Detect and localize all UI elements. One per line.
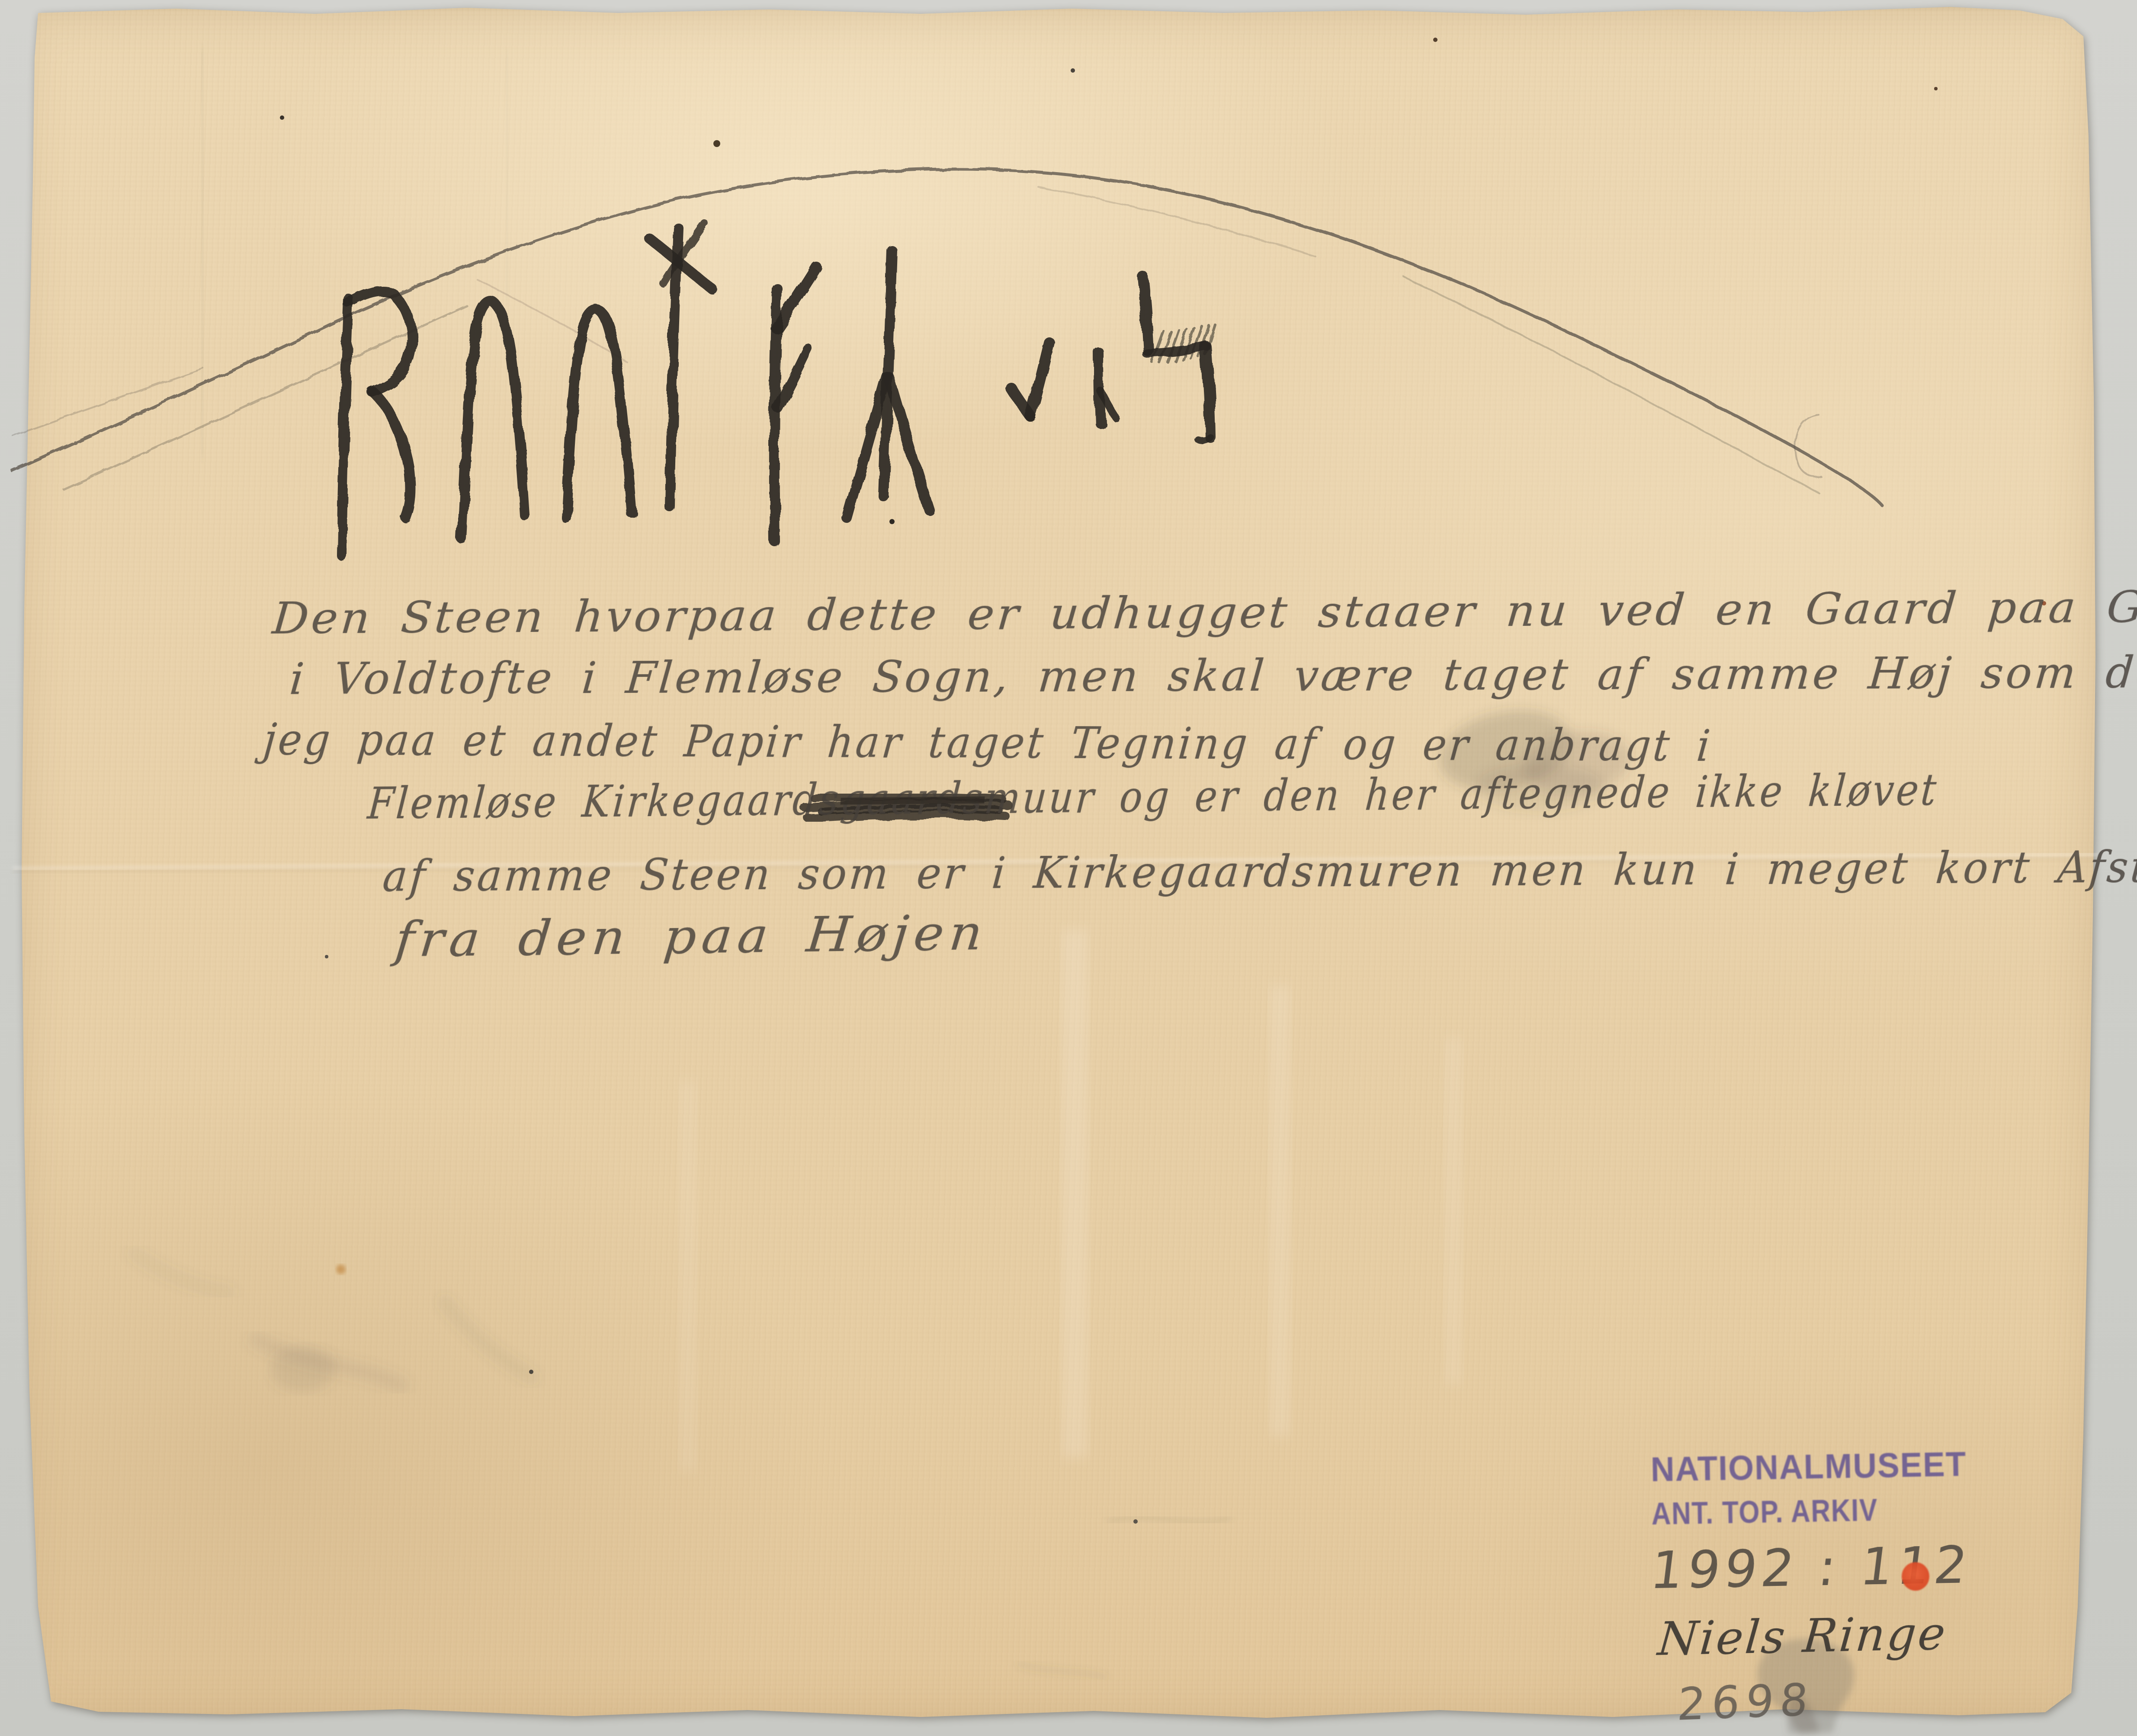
red-dot-mark [1902, 1562, 1929, 1591]
museum-stamp: NATIONALMUSEET ANT. TOP. ARKIV [1650, 1444, 1984, 1532]
handwriting-line-2: i Voldtofte i Flemløse Sogn, men skal væ… [288, 647, 2137, 705]
handwriting-text: muur og er den her aftegnede ikke kløvet [983, 765, 1941, 823]
stamp-line-2: ANT. TOP. ARKIV [1651, 1491, 1938, 1532]
handwriting-text: i Voldtofte i Flemløse Sogn, men skal væ… [288, 647, 2137, 705]
scan-background: Den Steen hvorpaa dette er udhugget staa… [0, 0, 2137, 1736]
struck-word: gaards [839, 773, 987, 825]
handwriting-text: Flemløse Kirkegaards [366, 774, 843, 829]
stamp-line-1: NATIONALMUSEET [1650, 1444, 1967, 1489]
handwriting-text: jeg paa et andet Papir har taget Tegning… [261, 714, 1714, 772]
handwriting-line-6: fra den paa Højen [393, 904, 990, 968]
handwriting-text: af samme Steen som er i Kirkegaardsmuren… [381, 842, 2137, 902]
handwriting-text: fra den paa Højen [393, 904, 990, 968]
collector-name-annotation: Niels Ringe [1656, 1606, 1949, 1666]
handwriting-line-3: jeg paa et andet Papir har taget Tegning… [261, 714, 1714, 772]
inventory-number-annotation: 2698 [1676, 1674, 1816, 1730]
handwriting-line-5: af samme Steen som er i Kirkegaardsmuren… [381, 842, 2137, 902]
